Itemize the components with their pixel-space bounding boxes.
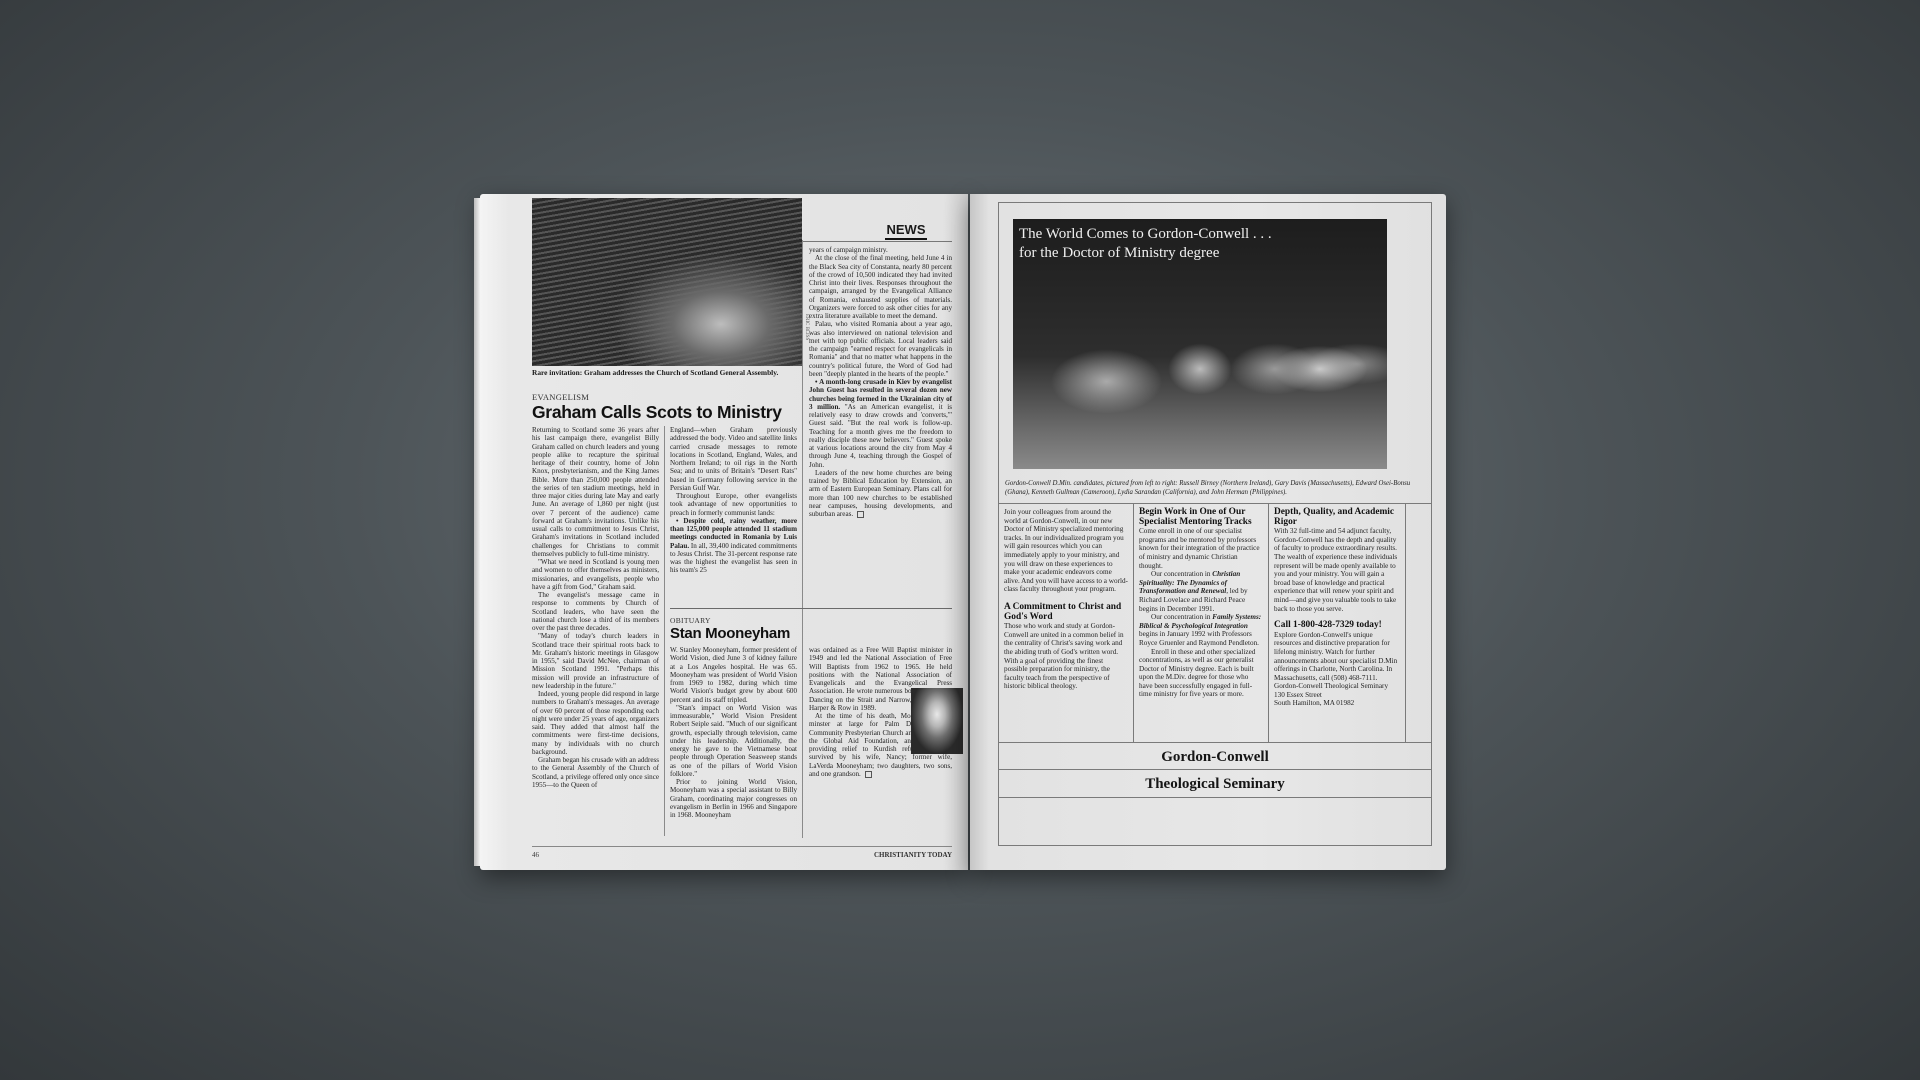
paragraph-text: Leaders of the new home churches are bei… — [809, 469, 952, 518]
text: Our concentration in — [1151, 613, 1212, 621]
mooneyham-portrait — [911, 688, 963, 754]
ad-photo-caption: Gordon-Conwell D.Min. candidates, pictur… — [999, 479, 1431, 497]
magazine-spread: ERIC BLISS Rare invitation: Graham addre… — [480, 194, 1446, 870]
ad-body: Our concentration in Christian Spiritual… — [1139, 570, 1263, 613]
ad-body: Those who work and study at Gordon-Conwe… — [1004, 622, 1128, 691]
paragraph: Prior to joining World Vision, Mooneyham… — [670, 778, 797, 819]
phone-cta: Call 1-800-428-7329 today! — [1274, 621, 1400, 631]
photo-caption: Rare invitation: Graham addresses the Ch… — [532, 368, 802, 377]
ad-heading: Depth, Quality, and Academic Rigor — [1274, 508, 1400, 527]
paragraph: Indeed, young people did respond in larg… — [532, 690, 659, 756]
ad-column-3: Depth, Quality, and Academic Rigor With … — [1269, 504, 1405, 742]
assembly-photo — [532, 198, 802, 366]
paragraph: Returning to Scotland some 36 years afte… — [532, 426, 659, 558]
page-number: 46 — [532, 851, 539, 859]
section-label: NEWS — [860, 222, 952, 237]
ad-title-line-2: for the Doctor of Ministry degree — [1019, 244, 1272, 263]
column-rule — [664, 426, 665, 836]
obituary-column-1: W. Stanley Mooneyham, former president o… — [670, 646, 797, 819]
end-mark-icon — [865, 771, 872, 778]
left-page: ERIC BLISS Rare invitation: Graham addre… — [480, 194, 968, 870]
seminary-name-line-2: Theological Seminary — [999, 776, 1431, 793]
bullet-rest: "As an American evangelist, it is relati… — [809, 403, 952, 469]
ad-grid-rule — [999, 742, 1431, 743]
text: Our concentration in — [1151, 570, 1212, 578]
address-line: 130 Essex Street — [1274, 691, 1400, 700]
ad-grid-rule — [999, 797, 1431, 798]
bullet-paragraph: • A month-long crusade in Kiev by evange… — [809, 378, 952, 469]
bullet-paragraph: • Despite cold, rainy weather, more than… — [670, 517, 797, 575]
address-line: South Hamilton, MA 01982 — [1274, 699, 1400, 708]
section-underline — [885, 238, 927, 240]
obituary-kicker: OBITUARY — [670, 616, 711, 625]
page-edge — [474, 198, 480, 866]
ad-title-line-1: The World Comes to Gordon-Conwell . . . — [1019, 225, 1272, 244]
right-page: The World Comes to Gordon-Conwell . . . … — [970, 194, 1446, 870]
footer-rule — [532, 846, 952, 847]
ad-column-2: Begin Work in One of Our Specialist Ment… — [1134, 504, 1268, 742]
advertisement: The World Comes to Gordon-Conwell . . . … — [998, 202, 1432, 846]
article-column-2: England—when Graham previously addressed… — [670, 426, 797, 575]
paragraph: W. Stanley Mooneyham, former president o… — [670, 646, 797, 704]
ad-column-1: Join your colleagues from around the wor… — [999, 504, 1133, 742]
section-divider — [670, 608, 952, 609]
article-column-1: Returning to Scotland some 36 years afte… — [532, 426, 659, 789]
paragraph: England—when Graham previously addressed… — [670, 426, 797, 492]
obituary-headline: Stan Mooneyham — [670, 625, 790, 642]
paragraph: The evangelist's message came in respons… — [532, 591, 659, 632]
text: begins in January 1992 with Professors R… — [1139, 630, 1259, 647]
publication-name: CHRISTIANITY TODAY — [860, 851, 952, 859]
paragraph: Throughout Europe, other evangelists too… — [670, 492, 797, 517]
paragraph: Graham began his crusade with an address… — [532, 756, 659, 789]
article-headline: Graham Calls Scots to Ministry — [532, 402, 782, 423]
ad-body: Enroll in these and other specialized co… — [1139, 648, 1263, 700]
bullet-rest: In all, 39,400 indicated commitments to … — [670, 542, 797, 575]
article-column-3: years of campaign ministry. At the close… — [809, 246, 952, 518]
ad-body: Our concentration in Family Systems: Bib… — [1139, 613, 1263, 647]
paragraph: Palau, who visited Romania about a year … — [809, 320, 952, 378]
paragraph: At the close of the final meeting, held … — [809, 254, 952, 320]
end-mark-icon — [857, 511, 864, 518]
paragraph: "What we need in Scotland is young men a… — [532, 558, 659, 591]
ad-column-rule — [1405, 504, 1406, 742]
ad-heading: A Commitment to Christ and God's Word — [1004, 603, 1128, 622]
paragraph: "Many of today's church leaders in Scotl… — [532, 632, 659, 690]
ad-body: With 32 full-time and 54 adjunct faculty… — [1274, 527, 1400, 613]
section-rule — [802, 241, 952, 242]
seminary-name-line-1: Gordon-Conwell — [999, 749, 1431, 766]
paragraph: "Stan's impact on World Vision was immea… — [670, 704, 797, 778]
ad-heading: Begin Work in One of Our Specialist Ment… — [1139, 508, 1263, 527]
candidates-photo: The World Comes to Gordon-Conwell . . . … — [1013, 219, 1387, 469]
ad-body: Come enroll in one of our specialist pro… — [1139, 527, 1263, 570]
article-kicker: EVANGELISM — [532, 392, 589, 402]
address-line: Gordon-Conwell Theological Seminary — [1274, 682, 1400, 691]
column-rule — [802, 240, 803, 838]
paragraph: years of campaign ministry. — [809, 246, 952, 254]
ad-body: Explore Gordon-Conwell's unique resource… — [1274, 631, 1400, 683]
ad-photo-title: The World Comes to Gordon-Conwell . . . … — [1019, 225, 1272, 263]
ad-intro: Join your colleagues from around the wor… — [1004, 508, 1128, 594]
ad-grid-rule — [999, 769, 1431, 770]
paragraph: Leaders of the new home churches are bei… — [809, 469, 952, 519]
